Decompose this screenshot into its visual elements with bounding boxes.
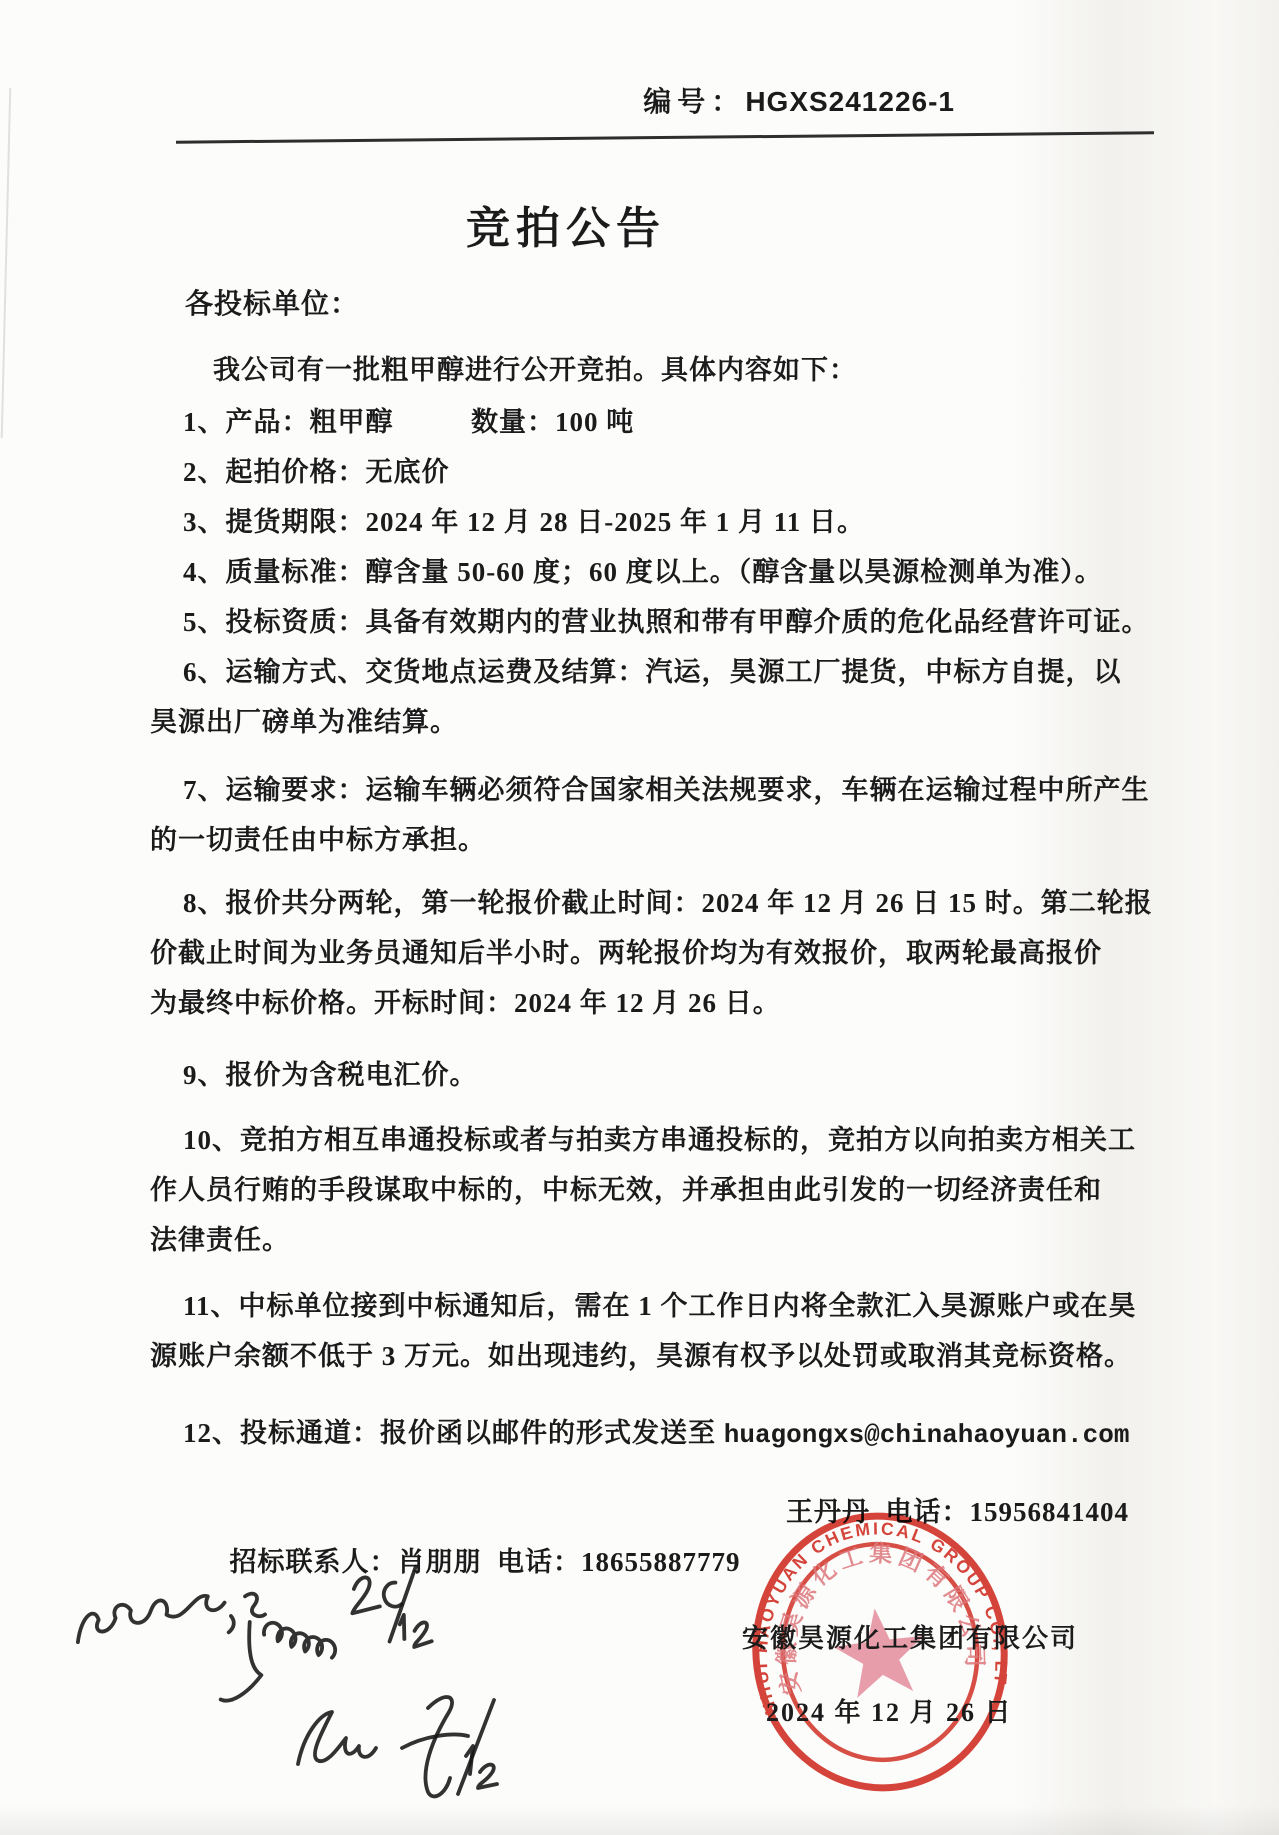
- scan-edge-artifact: [1, 88, 12, 438]
- term-line: 7、运输要求：运输车辆必须符合国家相关法规要求，车辆在运输过程中所产生: [150, 765, 1165, 815]
- page-title: 竞拍公告: [0, 192, 1132, 256]
- item12-text: 12、投标通道：报价函以邮件的形式发送至: [183, 1418, 724, 1448]
- scanned-auction-notice: 编号：HGXS241226-1 竞拍公告 各投标单位： 我公司有一批粗甲醇进行公…: [0, 0, 1279, 1835]
- term-line: 昊源出厂磅单为准结算。: [150, 697, 1165, 747]
- contact-left: 招标联系人：肖朋朋 电话：18655887779: [230, 1547, 741, 1577]
- salutation: 各投标单位：: [150, 283, 1165, 327]
- term-line: 法律责任。: [150, 1215, 1165, 1265]
- doc-number-value: HGXS241226-1: [745, 86, 955, 117]
- document-body: 各投标单位： 我公司有一批粗甲醇进行公开竞拍。具体内容如下： 1、产品：粗甲醇 …: [150, 283, 1165, 1687]
- term-line: 源账户余额不低于 3 万元。如出现违约，昊源有权予以处罚或取消其竞标资格。: [150, 1331, 1165, 1381]
- term-line: 2、起拍价格：无底价: [150, 447, 1165, 497]
- term-line: 10、竞拍方相互串通投标或者与拍卖方串通投标的，竞拍方以向拍卖方相关工: [150, 1115, 1165, 1165]
- doc-number-label: 编号：: [643, 87, 745, 118]
- term-line: 5、投标资质：具备有效期内的营业执照和带有甲醇介质的危化品经营许可证。: [150, 597, 1165, 647]
- term-line: 6、运输方式、交货地点运费及结算：汽运，昊源工厂提货，中标方自提，以: [150, 647, 1165, 697]
- term-line: 4、质量标准：醇含量 50-60 度；60 度以上。（醇含量以昊源检测单为准）。: [150, 547, 1165, 597]
- scan-bottom-shadow: [0, 1805, 1279, 1835]
- term-item-12: 12、投标通道：报价函以邮件的形式发送至 huagongxs@chinahaoy…: [150, 1408, 1165, 1460]
- signoff-date: 2024 年 12 月 26 日: [766, 1692, 1013, 1729]
- doc-number: 编号：HGXS241226-1: [643, 80, 955, 120]
- term-line: 9、报价为含税电汇价。: [150, 1050, 1165, 1100]
- signoff-company-name: 安徽昊源化工集团有限公司: [742, 1618, 1078, 1655]
- header-divider: [176, 131, 1154, 143]
- term-line: 为最终中标价格。开标时间：2024 年 12 月 26 日。: [150, 978, 1165, 1028]
- bid-email-address: huagongxs@chinahaoyuan.com: [724, 1420, 1130, 1450]
- term-line: 3、提货期限：2024 年 12 月 28 日-2025 年 1 月 11 日。: [150, 497, 1165, 547]
- handwritten-signature: [298, 1697, 497, 1796]
- term-line: 11、中标单位接到中标通知后，需在 1 个工作日内将全款汇入昊源账户或在昊: [150, 1281, 1165, 1331]
- term-line: 作人员行贿的手段谋取中标的，中标无效，并承担由此引发的一切经济责任和: [150, 1165, 1165, 1215]
- terms-list: 1、产品：粗甲醇 数量：100 吨2、起拍价格：无底价3、提货期限：2024 年…: [150, 397, 1165, 1381]
- intro-paragraph: 我公司有一批粗甲醇进行公开竞拍。具体内容如下：: [150, 345, 1165, 395]
- term-line: 1、产品：粗甲醇 数量：100 吨: [150, 397, 1165, 447]
- term-line: 的一切责任由中标方承担。: [150, 815, 1165, 865]
- term-line: 价截止时间为业务员通知后半小时。两轮报价均为有效报价，取两轮最高报价: [150, 928, 1165, 978]
- term-line: 8、报价共分两轮，第一轮报价截止时间：2024 年 12 月 26 日 15 时…: [150, 878, 1165, 928]
